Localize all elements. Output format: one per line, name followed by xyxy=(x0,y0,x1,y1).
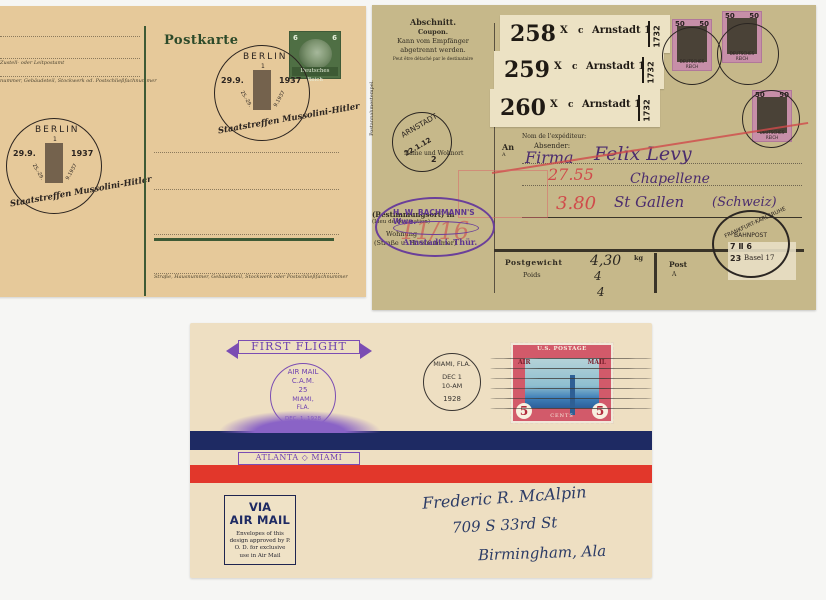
address-line xyxy=(0,58,140,59)
red-border-band xyxy=(190,465,652,483)
sender-label: Name und Wohnort xyxy=(404,150,463,157)
beacon-tower-icon xyxy=(570,375,575,415)
heavy-rule xyxy=(154,238,334,241)
address-line xyxy=(154,152,339,153)
address-street: 709 S 33rd St xyxy=(452,513,558,536)
machine-cancel-line xyxy=(490,398,652,399)
label-town: Arnstadt 1 xyxy=(586,61,645,72)
miami-postmark: MIAMI, FLA. DEC 1 10-AM 1928 xyxy=(423,353,481,411)
airmail-envelope: FIRST FLIGHT AIR MAIL C.A.M. 25 MIAMI, F… xyxy=(190,323,652,578)
handwriting-city: St Gallen xyxy=(614,193,684,211)
field-label-fr: Nom de l'expéditeur: xyxy=(522,133,586,140)
blue-border-band xyxy=(190,431,652,450)
coupon-vertical: Postannahmestempel. xyxy=(369,80,375,136)
postmark-time: 10-AM xyxy=(424,382,480,390)
via-air-mail-box: VIA AIR MAIL Envelopes of this design ap… xyxy=(224,495,296,565)
machine-cancel-line xyxy=(490,378,652,379)
stamp-cancel xyxy=(742,90,800,148)
portrait-icon xyxy=(299,39,332,69)
stamp-mail: MAIL xyxy=(588,359,606,366)
field-postgewicht: Postgewicht xyxy=(505,258,563,267)
machine-cancel-line xyxy=(490,358,652,359)
cancel-line: BAHNPOST xyxy=(734,232,767,239)
address-line xyxy=(154,189,339,190)
cancel-daymonth: 29.9. xyxy=(221,76,244,85)
coupon-line: abgetrennt werden. xyxy=(372,46,494,54)
vertical-rule xyxy=(654,253,657,293)
berlin-cancel-right: BERLIN 1 29.9. 1937 25.-29. 9.1937 Staat… xyxy=(214,45,310,141)
route-text: ATLANTA ◇ MIAMI xyxy=(239,453,359,462)
frankfurt-bahnpost-cancel: FRANKFURT-KARLSRUHE BAHNPOST 7 Ⅱ 6 23 Ba… xyxy=(712,210,790,278)
label-code: 1732 xyxy=(643,99,652,121)
cancel-daymonth: 29.9. xyxy=(13,149,36,158)
stamp-air: AIR xyxy=(518,359,530,366)
label-bar xyxy=(638,95,640,121)
field-post: Post xyxy=(669,260,687,269)
postkarte-card: Zustell- oder Leitpostamt nummer, Gebäud… xyxy=(0,6,366,297)
coupon-line-fr: Peut être détaché par le destinataire xyxy=(372,57,494,62)
label-town: Arnstadt 1 xyxy=(592,25,651,36)
field-kg: kg xyxy=(634,254,643,262)
cancel-line: Basel 17 xyxy=(744,254,774,262)
cancel-inner-date: 9.1937 xyxy=(273,90,287,108)
swastika-emblem-icon xyxy=(45,143,63,183)
label-code: 1732 xyxy=(653,25,662,47)
via-text: VIA xyxy=(225,500,295,514)
postkarte-left-caption-2: nummer, Gebäudeteil, Stockwerk od. Posts… xyxy=(0,78,157,84)
postkarte-left-caption-1: Zustell- oder Leitpostamt xyxy=(0,60,64,66)
machine-cancel-line xyxy=(490,368,652,369)
machine-cancel-line xyxy=(490,408,652,409)
stamp-value: 6 xyxy=(332,34,337,42)
parcel-label-260: 260 X c Arnstadt 1 1732 xyxy=(490,89,660,127)
stamp-cancel xyxy=(717,23,779,85)
stamp-bottom-text: CENTS xyxy=(513,413,611,419)
postmark-year: 1928 xyxy=(424,395,480,403)
handwriting-weight: 4 xyxy=(597,285,605,299)
cancel-line: 7 Ⅱ 6 xyxy=(730,242,752,251)
handwriting-weight: 4 xyxy=(594,269,602,283)
label-number: 258 xyxy=(510,21,556,47)
route-box: ATLANTA ◇ MIAMI xyxy=(238,452,360,465)
red-ink-figure: 3.80 xyxy=(556,193,596,214)
stamp-cancel xyxy=(662,27,722,85)
cachet-city: MIAMI, xyxy=(271,395,335,403)
cachet-ring: AIR MAIL xyxy=(271,368,335,376)
address-line xyxy=(0,76,140,77)
label-mark: X xyxy=(550,99,558,110)
cancel-inner-date: 25.-29. xyxy=(239,90,253,108)
first-flight-banner: FIRST FLIGHT xyxy=(238,340,360,354)
label-number: 260 xyxy=(500,95,546,121)
cancel-year: 1937 xyxy=(71,149,93,158)
postkarte-title: Postkarte xyxy=(164,33,238,48)
cancel-slogan: Staatstreffen Mussolini-Hitler xyxy=(217,102,360,137)
banner-text: FIRST FLIGHT xyxy=(239,340,359,353)
stamp-value: 6 xyxy=(293,34,298,42)
stamp-top-text: U.S. POSTAGE xyxy=(513,346,611,352)
coupon-subtitle: Coupon. xyxy=(372,28,494,36)
field-an-sub: A xyxy=(502,152,506,158)
arnstadt-cancel: ARNSTADT 22.1.12 2 xyxy=(392,112,452,172)
label-bar xyxy=(648,21,650,47)
berlin-cancel-left: BERLIN 1 29.9. 1937 25.-29. 9.1937 Staat… xyxy=(6,118,102,214)
parcel-label-259: 259 X c Arnstadt 1 1732 xyxy=(494,51,664,89)
address-line xyxy=(154,234,339,235)
swastika-emblem-icon xyxy=(253,70,271,110)
cachet-state: FLA. xyxy=(271,404,335,411)
lindbergh-airmail-stamp: U.S. POSTAGE AIR MAIL 5 5 CENTS xyxy=(511,343,613,423)
field-an: An xyxy=(502,142,514,152)
postkarte-footer-caption: Straße, Hausnummer, Gebäudeteil, Stockwe… xyxy=(154,274,348,280)
address-name: Frederic R. McAlpin xyxy=(422,482,588,512)
cancel-line: 23 xyxy=(730,254,741,263)
red-ink-figure: 27.55 xyxy=(548,165,594,184)
cancel-city: BERLIN xyxy=(243,52,288,62)
handwriting-country: (Schweiz) xyxy=(712,195,777,210)
field-post-sub: A xyxy=(672,271,676,278)
label-mark: X xyxy=(560,25,568,36)
lens-ornament-icon xyxy=(393,221,479,235)
handwriting-weight: 4,30 xyxy=(590,253,621,269)
postmark-city: MIAMI, FLA. xyxy=(424,360,480,368)
label-class: c xyxy=(578,26,583,36)
cancel-year: 1937 xyxy=(279,76,301,85)
cancel-inner-date: 25.-29. xyxy=(31,163,45,181)
cancel-city: BERLIN xyxy=(35,125,80,135)
eagle-wings-icon xyxy=(220,411,380,433)
cancel-office: 1 xyxy=(261,63,265,70)
cancel-office: 1 xyxy=(53,136,57,143)
pod-notice: Envelopes of this design approved by P. … xyxy=(229,531,291,560)
label-bar xyxy=(642,57,644,83)
address-city: Birmingham, Ala xyxy=(478,542,607,564)
address-line xyxy=(0,36,140,37)
parcel-label-258: 258 X c Arnstadt 1 1732 xyxy=(500,15,670,53)
oval-stamp-line2: Arnstadt i. Thür. xyxy=(403,237,477,247)
label-number: 259 xyxy=(504,57,550,83)
banner-tail-right-icon xyxy=(360,343,372,359)
coupon-line: Kann vom Empfänger xyxy=(372,37,494,45)
machine-cancel-line xyxy=(490,388,652,389)
cachet-number: 25 xyxy=(271,386,335,394)
coupon-title: Abschnitt. xyxy=(372,17,494,27)
field-poids: Poids xyxy=(523,271,541,279)
cancel-inner-date: 9.1937 xyxy=(65,163,79,181)
cancel-city: ARNSTADT xyxy=(399,112,438,140)
cachet-route: C.A.M. xyxy=(271,377,335,385)
label-class: c xyxy=(572,62,577,72)
handwriting-street: Chapellene xyxy=(630,171,710,187)
label-class: c xyxy=(568,100,573,110)
divider-line xyxy=(144,26,146,296)
label-mark: X xyxy=(554,61,562,72)
label-town: Arnstadt 1 xyxy=(582,99,641,110)
parcel-card: Abschnitt. Coupon. Kann vom Empfänger ab… xyxy=(372,5,816,310)
cancel-slogan: Staatstreffen Mussolini-Hitler xyxy=(9,175,152,210)
label-code: 1732 xyxy=(647,61,656,83)
postmark-date: DEC 1 xyxy=(424,373,480,381)
bachmann-oval-stamp: H. W. BACHMANN'S Wwe. Arnstadt i. Thür. xyxy=(375,197,495,257)
air-mail-text: AIR MAIL xyxy=(225,513,295,527)
banner-tail-left-icon xyxy=(226,343,238,359)
